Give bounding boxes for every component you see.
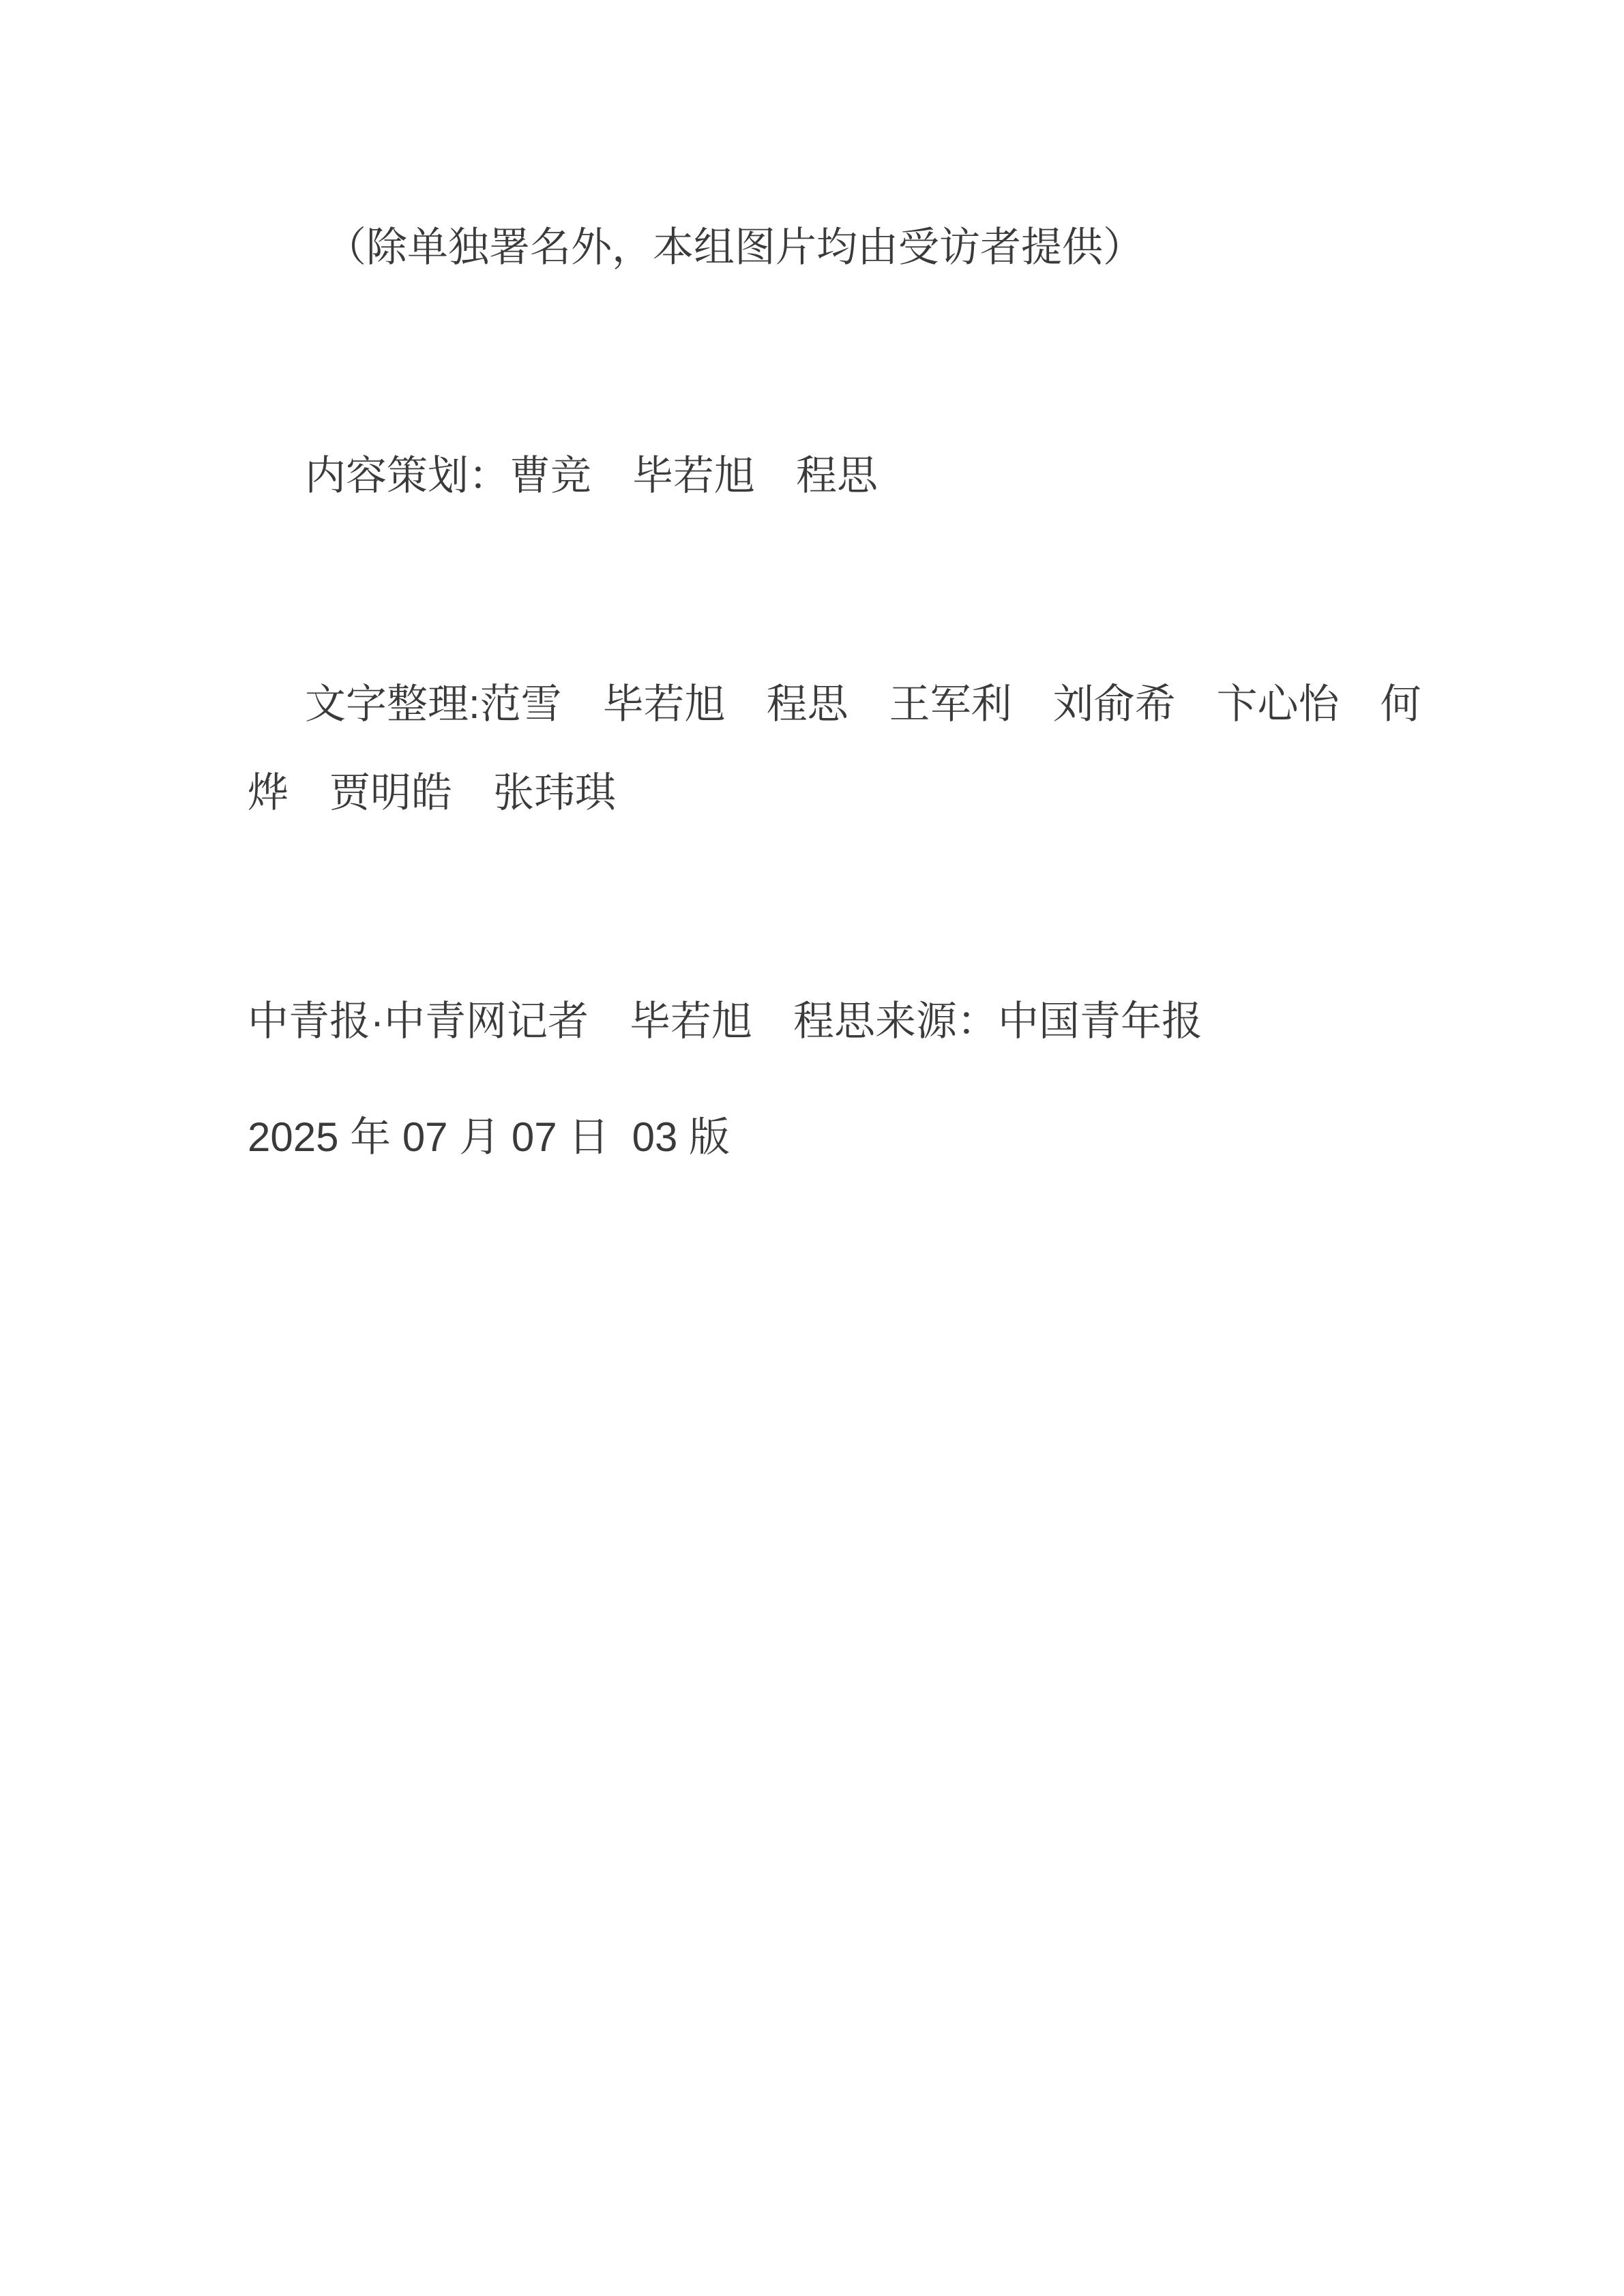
article-page: （除单独署名外，本组图片均由受访者提供） 内容策划：曹竞 毕若旭 程思 文字整理… xyxy=(0,0,1624,1182)
publish-date-line: 2025 年 07 月 07 日 03 版 xyxy=(248,1093,1448,1182)
text-compilation-line: 文字整理:范雪 毕若旭 程思 王军利 刘俞希 卞心怡 何烨 贾明皓 张玮琪 xyxy=(248,660,1448,837)
reporter-source-line: 中青报·中青网记者 毕若旭 程思来源：中国青年报 xyxy=(248,977,1448,1066)
content-planning-line: 内容策划：曹竞 毕若旭 程思 xyxy=(248,432,1448,520)
photo-credit-note: （除单独署名外，本组图片均由受访者提供） xyxy=(248,203,1448,292)
